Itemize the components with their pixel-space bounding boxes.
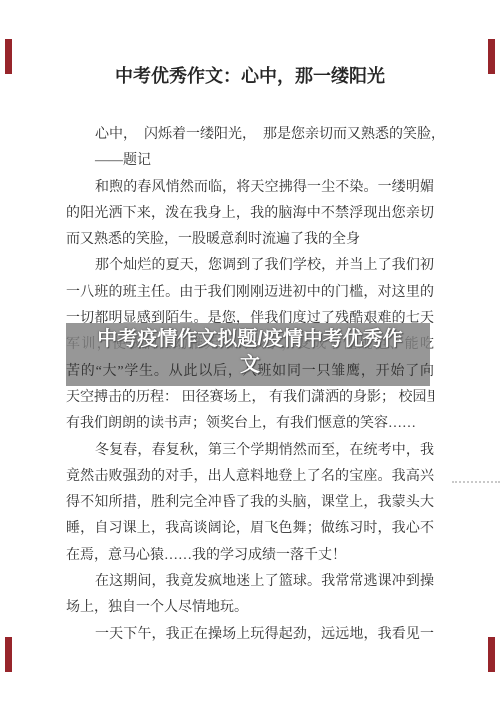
body-line: 有我们朗朗的读书声；领奖台上，有我们惬意的笑容…… — [66, 411, 434, 437]
body-line: 而又熟悉的笑脸，一股暖意刹时流遍了我的全身 — [66, 227, 434, 253]
body-line: 天空搏击的历程： 田径赛场上， 有我们潇洒的身影； 校园里， — [66, 385, 434, 411]
document-page: 中考优秀作文：心中，那一缕阳光 心中， 闪烁着一缕阳光， 那是您亲切而又熟悉的笑… — [0, 0, 500, 708]
body-line: 和煦的春风悄然而临，将天空拂得一尘不染。一缕明媚 — [66, 175, 434, 201]
body-line: 场上，独自一个人尽情地玩。 — [66, 595, 434, 621]
dotted-line-artifact — [452, 481, 500, 483]
body-line: 竟然击败强劲的对手，出人意料地登上了名的宝座。我高兴 — [66, 464, 434, 490]
crop-mark-bottom-right — [488, 637, 495, 672]
crop-mark-top-left — [5, 39, 12, 74]
watermark-line-2: 文 — [40, 352, 460, 378]
body-line: 那个灿烂的夏天，您调到了我们学校，并当上了我们初 — [66, 253, 434, 279]
body-line: 一八班的班主任。由于我们刚刚迈进初中的门槛，对这里的 — [66, 280, 434, 306]
body-line: 冬复春，春复秋，第三个学期悄然而至，在统考中，我 — [66, 438, 434, 464]
watermark-text: 中考疫情作文拟题/疫情中考优秀作 文 — [40, 326, 460, 378]
body-line: 睡，自习课上，我高谈阔论，眉飞色舞；做练习时，我心不 — [66, 516, 434, 542]
body-line: 的阳光洒下来，泼在我身上，我的脑海中不禁浮现出您亲切 — [66, 201, 434, 227]
watermark-line-1: 中考疫情作文拟题/疫情中考优秀作 — [40, 326, 460, 352]
crop-mark-top-right — [488, 39, 495, 74]
body-line: ——题记 — [66, 148, 434, 174]
body-line: 在这期间，我竟发疯地迷上了篮球。我常常逃课冲到操 — [66, 569, 434, 595]
body-line: 心中， 闪烁着一缕阳光， 那是您亲切而又熟悉的笑脸， 。 — [66, 122, 434, 148]
page-title: 中考优秀作文：心中，那一缕阳光 — [0, 64, 500, 88]
body-line: 一天下午，我正在操场上玩得起劲，远远地，我看见一 — [66, 622, 434, 648]
body-line: 在焉，意马心猿……我的学习成绩一落千丈！ — [66, 543, 434, 569]
crop-mark-bottom-left — [5, 637, 12, 672]
body-line: 得不知所措，胜利完全冲昏了我的头脑，课堂上，我蒙头大 — [66, 490, 434, 516]
